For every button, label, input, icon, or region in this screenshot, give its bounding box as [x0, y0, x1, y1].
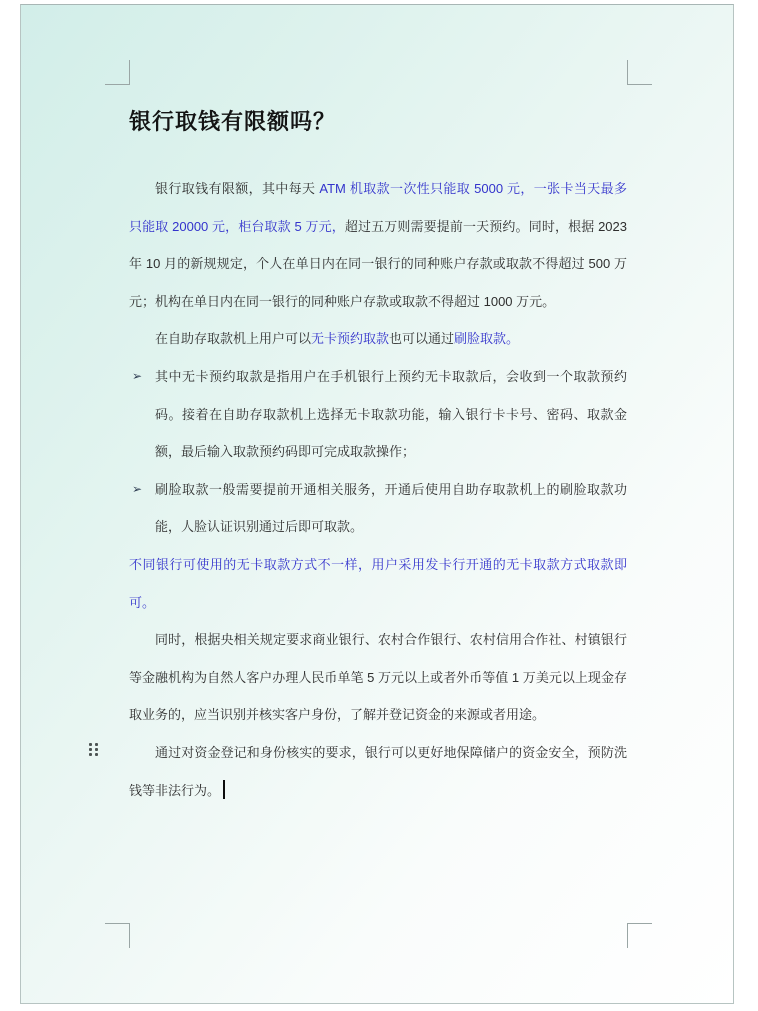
paragraph[interactable]: 在自助存取款机上用户可以无卡预约取款也可以通过刷脸取款。	[129, 320, 627, 358]
margin-crop-mark-top-left	[105, 60, 130, 85]
paragraph-drag-handle-icon[interactable]	[89, 743, 98, 756]
document-page[interactable]: 银行取钱有限额吗？ 银行取钱有限额，其中每天 ATM 机取款一次性只能取 500…	[20, 4, 734, 1004]
hyperlink-text[interactable]: 不同银行可使用的无卡取款方式不一样，用户采用发卡行开通的无卡取款方式取款即可。	[129, 557, 627, 610]
body-text: 也可以通过	[389, 331, 454, 346]
paragraph[interactable]: 通过对资金登记和身份核实的要求，银行可以更好地保障储户的资金安全，预防洗钱等非法…	[129, 734, 627, 809]
hyperlink-text[interactable]: 无卡预约取款	[311, 331, 389, 346]
hyperlink-text[interactable]: 刷脸取款。	[454, 331, 519, 346]
margin-crop-mark-bottom-left	[105, 923, 130, 948]
paragraph[interactable]: 同时，根据央相关规定要求商业银行、农村合作银行、农村信用合作社、村镇银行等金融机…	[129, 621, 627, 734]
bullet-item[interactable]: ➢刷脸取款一般需要提前开通相关服务，开通后使用自助存取款机上的刷脸取款功能，人脸…	[129, 471, 627, 546]
bullet-arrow-icon: ➢	[132, 358, 142, 396]
document-body: 银行取钱有限额，其中每天 ATM 机取款一次性只能取 5000 元，一张卡当天最…	[129, 170, 627, 809]
document-text-area[interactable]: 银行取钱有限额吗？ 银行取钱有限额，其中每天 ATM 机取款一次性只能取 500…	[129, 107, 627, 809]
paragraph[interactable]: 银行取钱有限额，其中每天 ATM 机取款一次性只能取 5000 元，一张卡当天最…	[129, 170, 627, 320]
margin-crop-mark-top-right	[627, 60, 652, 85]
body-text: 在自助存取款机上用户可以	[155, 331, 311, 346]
bullet-arrow-icon: ➢	[132, 471, 142, 509]
margin-crop-mark-bottom-right	[627, 923, 652, 948]
document-title: 银行取钱有限额吗？	[129, 107, 627, 137]
body-text: 银行取钱有限额，其中每天	[155, 181, 319, 196]
body-text: 同时，根据央相关规定要求商业银行、农村合作银行、农村信用合作社、村镇银行等金融机…	[129, 632, 627, 722]
body-text: 其中无卡预约取款是指用户在手机银行上预约无卡取款后，会收到一个取款预约码。接着在…	[155, 369, 627, 459]
bullet-item[interactable]: ➢其中无卡预约取款是指用户在手机银行上预约无卡取款后，会收到一个取款预约码。接着…	[129, 358, 627, 471]
body-text: 刷脸取款一般需要提前开通相关服务，开通后使用自助存取款机上的刷脸取款功能，人脸认…	[155, 482, 627, 535]
body-text: 通过对资金登记和身份核实的要求，银行可以更好地保障储户的资金安全，预防洗钱等非法…	[129, 745, 627, 798]
paragraph[interactable]: 不同银行可使用的无卡取款方式不一样，用户采用发卡行开通的无卡取款方式取款即可。	[129, 546, 627, 621]
text-cursor	[223, 780, 225, 799]
